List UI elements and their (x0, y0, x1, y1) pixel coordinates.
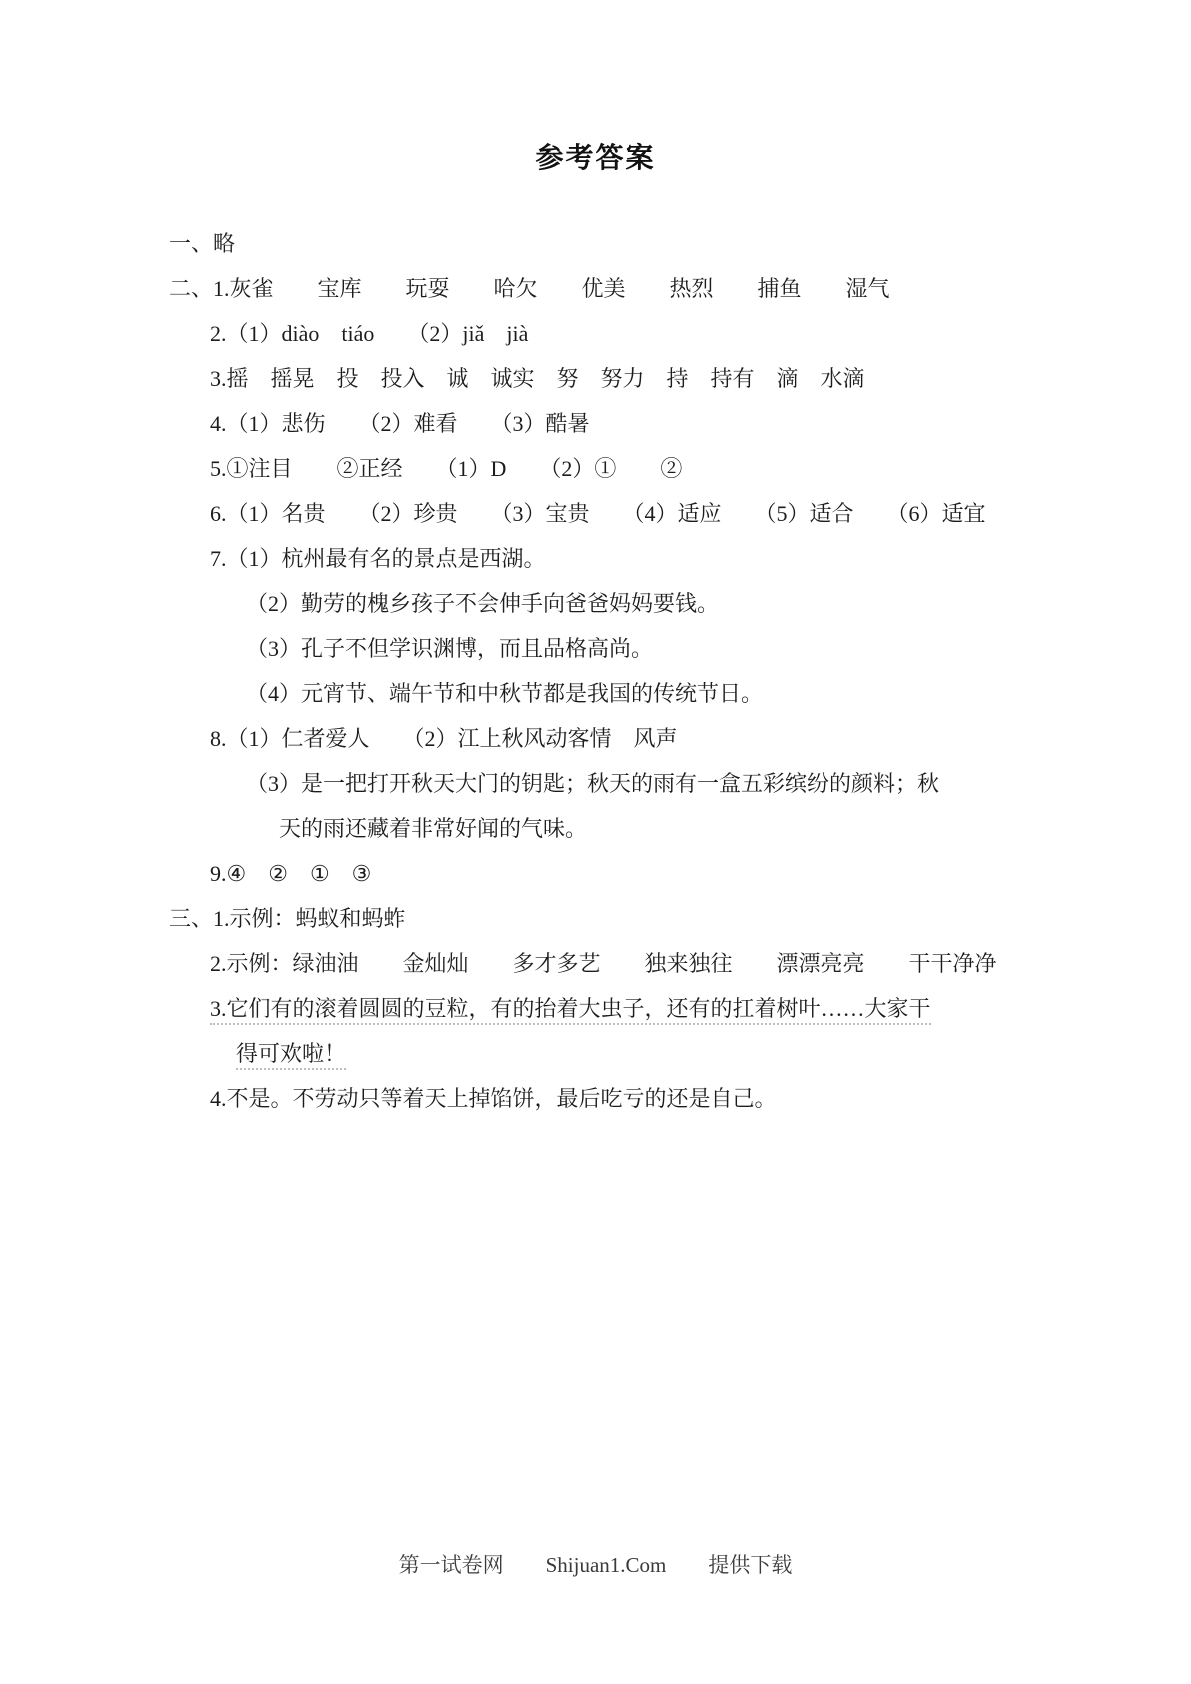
footer-download-note: 提供下载 (708, 1545, 792, 1585)
answer-line: 9.④ ② ① ③ (0, 851, 1151, 896)
answers-body: 一、略二、1.灰雀 宝库 玩耍 哈欠 优美 热烈 捕鱼 湿气2.（1）diào … (0, 221, 1151, 1121)
answer-text: 4.不是。不劳动只等着天上掉馅饼，最后吃亏的还是自己。 (210, 1086, 777, 1111)
document-page: 参考答案 一、略二、1.灰雀 宝库 玩耍 哈欠 优美 热烈 捕鱼 湿气2.（1）… (0, 0, 1191, 1684)
answer-text: 6.（1）名贵 （2）珍贵 （3）宝贵 （4）适应 （5）适合 （6）适宜 (210, 501, 986, 526)
answer-line: 5.①注目 ②正经 （1）D （2）① ② (0, 446, 1151, 491)
answer-text: （3）孔子不但学识渊博，而且品格高尚。 (246, 636, 653, 661)
answer-line: 二、1.灰雀 宝库 玩耍 哈欠 优美 热烈 捕鱼 湿气 (0, 266, 1151, 311)
answer-line: 4.（1）悲伤 （2）难看 （3）酷暑 (0, 401, 1151, 446)
answer-text: 二、1.灰雀 宝库 玩耍 哈欠 优美 热烈 捕鱼 湿气 (169, 276, 890, 301)
answer-text: 2.（1）diào tiáo （2）jiǎ jià (210, 321, 528, 346)
answer-text: 一、略 (169, 231, 235, 256)
answer-line: 2.（1）diào tiáo （2）jiǎ jià (0, 311, 1151, 356)
answer-text: （4）元宵节、端午节和中秋节都是我国的传统节日。 (246, 681, 763, 706)
answer-line: 2.示例：绿油油 金灿灿 多才多艺 独来独往 漂漂亮亮 干干净净 (0, 941, 1151, 986)
answer-line: （2）勤劳的槐乡孩子不会伸手向爸爸妈妈要钱。 (0, 581, 1151, 626)
answer-line: 7.（1）杭州最有名的景点是西湖。 (0, 536, 1151, 581)
answer-line: 一、略 (0, 221, 1151, 266)
footer-site-url: Shijuan1.Com (546, 1545, 667, 1585)
answer-text: 天的雨还藏着非常好闻的气味。 (279, 816, 587, 841)
answer-text: 3.摇 摇晃 投 投入 诚 诚实 努 努力 持 持有 滴 水滴 (210, 366, 865, 391)
answer-text: 8.（1）仁者爱人 （2）江上秋风动客情 风声 (210, 726, 678, 751)
answer-text: 7.（1）杭州最有名的景点是西湖。 (210, 546, 546, 571)
answer-text: （2）勤劳的槐乡孩子不会伸手向爸爸妈妈要钱。 (246, 591, 719, 616)
answer-line: 4.不是。不劳动只等着天上掉馅饼，最后吃亏的还是自己。 (0, 1076, 1151, 1121)
answer-line: 得可欢啦！ (0, 1031, 1151, 1076)
answer-line: 三、1.示例：蚂蚁和蚂蚱 (0, 896, 1151, 941)
answer-text: 2.示例：绿油油 金灿灿 多才多艺 独来独往 漂漂亮亮 干干净净 (210, 951, 997, 976)
answer-line: （3）孔子不但学识渊博，而且品格高尚。 (0, 626, 1151, 671)
answer-line: （3）是一把打开秋天大门的钥匙；秋天的雨有一盒五彩缤纷的颜料；秋 (0, 761, 1151, 806)
answer-line: 天的雨还藏着非常好闻的气味。 (0, 806, 1151, 851)
answer-text: 9.④ ② ① ③ (210, 861, 371, 886)
answer-text: （3）是一把打开秋天大门的钥匙；秋天的雨有一盒五彩缤纷的颜料；秋 (246, 771, 939, 796)
answer-text: 得可欢啦！ (236, 1041, 346, 1070)
answer-line: 3.它们有的滚着圆圆的豆粒，有的抬着大虫子，还有的扛着树叶……大家干 (0, 986, 1151, 1031)
answer-line: 6.（1）名贵 （2）珍贵 （3）宝贵 （4）适应 （5）适合 （6）适宜 (0, 491, 1151, 536)
answer-text: 5.①注目 ②正经 （1）D （2）① ② (210, 456, 682, 481)
answer-line: （4）元宵节、端午节和中秋节都是我国的传统节日。 (0, 671, 1151, 716)
footer-site-name: 第一试卷网 (399, 1545, 504, 1585)
answer-text: 4.（1）悲伤 （2）难看 （3）酷暑 (210, 411, 590, 436)
answer-text: 三、1.示例：蚂蚁和蚂蚱 (169, 906, 406, 931)
answer-line: 8.（1）仁者爱人 （2）江上秋风动客情 风声 (0, 716, 1151, 761)
answer-text: 3.它们有的滚着圆圆的豆粒，有的抬着大虫子，还有的扛着树叶……大家干 (210, 996, 931, 1025)
page-title: 参考答案 (0, 136, 1191, 176)
answer-line: 3.摇 摇晃 投 投入 诚 诚实 努 努力 持 持有 滴 水滴 (0, 356, 1151, 401)
page-footer: 第一试卷网 Shijuan1.Com 提供下载 (0, 1545, 1191, 1585)
